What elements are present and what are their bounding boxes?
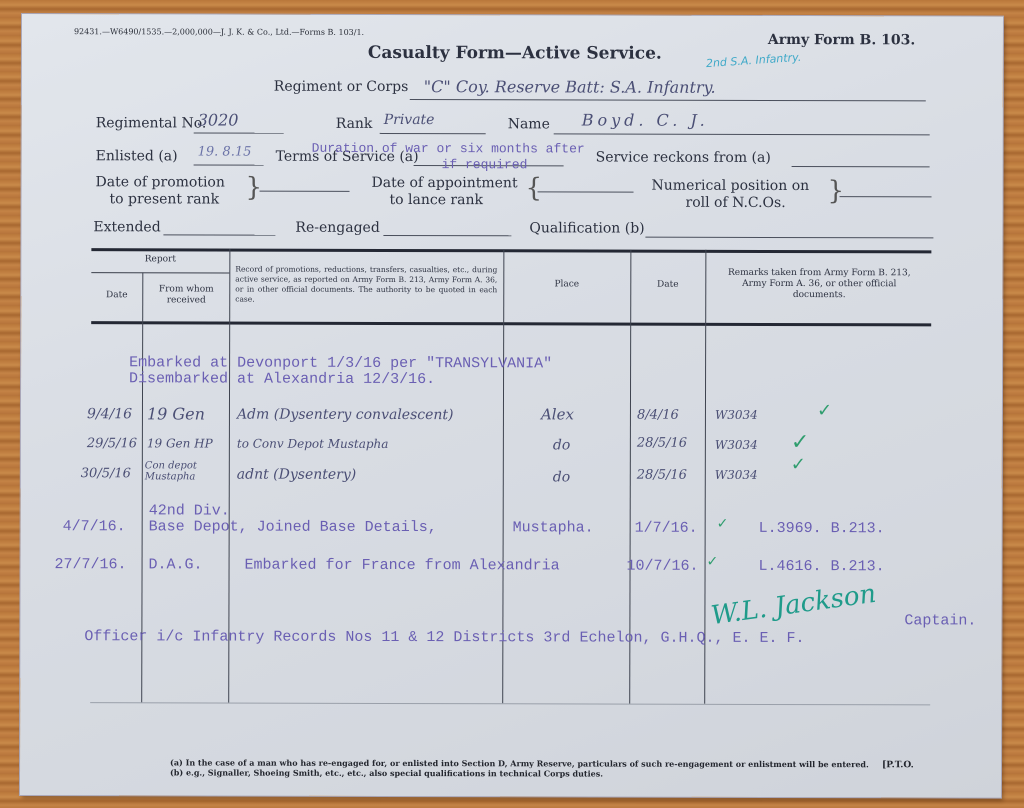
regimental-no-line: [194, 132, 284, 133]
qualification-label: Qualification (b): [529, 220, 644, 236]
row4-place: Mustapha.: [513, 519, 594, 536]
reckons-label: Service reckons from (a): [596, 150, 771, 166]
header-date2: Date: [630, 280, 705, 291]
header-date: Date: [91, 290, 142, 301]
terms-value-line1: Duration of war or six months after: [312, 141, 585, 157]
row4-remarks: L.3969. B.213.: [759, 520, 885, 537]
extended-label: Extended: [93, 219, 160, 235]
row5-date: 27/7/16.: [55, 556, 127, 573]
row5-from: D.A.G.: [149, 556, 203, 573]
promotion-line: [260, 191, 350, 192]
row5-record: Embarked for France from Alexandria: [245, 557, 560, 575]
table-header-rule: [91, 321, 931, 326]
row3-checkmark-icon: ✓: [791, 454, 806, 475]
table-top-rule: [91, 248, 931, 253]
form-title: Casualty Form—Active Service.: [368, 43, 662, 64]
row5-checkmark-icon: ✓: [707, 554, 719, 570]
row4-division: 42nd Div.: [149, 502, 230, 519]
disembarked-note: Disembarked at Alexandria 12/3/16.: [129, 370, 435, 388]
reengaged-line: [383, 235, 511, 236]
row1-remarks: W3034: [715, 408, 758, 422]
appointment-brace: {: [526, 173, 543, 203]
row3-remarks: W3034: [715, 468, 758, 482]
header-record: Record of promotions, reductions, transf…: [235, 265, 497, 306]
regimental-no-value: 3020: [198, 110, 239, 129]
row3-date: 30/5/16: [81, 466, 131, 481]
print-code: 92431.—W6490/1535.—2,000,000—J. J. K. & …: [74, 27, 364, 37]
name-label: Name: [508, 116, 550, 132]
row3-place: do: [553, 469, 570, 485]
row2-place: do: [553, 437, 570, 453]
regiment-line: [410, 99, 926, 101]
regiment-label: Regiment or Corps: [274, 79, 409, 95]
signature-title: Captain.: [904, 612, 976, 629]
row3-from: Con depot Mustapha: [145, 460, 225, 482]
row2-remarks: W3034: [715, 438, 758, 452]
officer-line: Officer i/c Infantry Records Nos 11 & 12…: [84, 628, 804, 647]
numerical-label-1: Numerical position on: [652, 178, 810, 194]
row1-from: 19 Gen: [147, 404, 205, 423]
appointment-label-2: to lance rank: [389, 192, 483, 208]
row5-remarks: L.4616. B.213.: [759, 558, 885, 575]
appointment-line: [538, 191, 634, 192]
reengaged-label: Re-engaged: [295, 220, 379, 236]
appointment-label-1: Date of appointment: [372, 175, 518, 191]
extended-line: [163, 234, 275, 235]
rank-label: Rank: [336, 116, 373, 132]
row1-record: Adm (Dysentery convalescent): [237, 407, 454, 424]
header-report: Report: [91, 254, 229, 265]
row3-date2: 28/5/16: [637, 468, 687, 483]
regimental-no-label: Regimental No.: [96, 115, 207, 131]
rank-value: Private: [384, 112, 435, 128]
enlisted-value: 19. 8.15: [198, 144, 252, 159]
promotion-label-1: Date of promotion: [96, 174, 225, 190]
rank-line: [380, 133, 486, 134]
regiment-value: "C" Coy. Reserve Batt: S.A. Infantry.: [424, 77, 716, 97]
name-value: Boyd. C. J.: [582, 110, 709, 129]
row2-date: 29/5/16: [87, 436, 137, 451]
row2-checkmark-icon: ✓: [791, 430, 810, 455]
row3-record: adnt (Dysentery): [237, 467, 357, 483]
casualty-form-paper: 92431.—W6490/1535.—2,000,000—J. J. K. & …: [20, 14, 1003, 798]
promotion-label-2: to present rank: [109, 191, 219, 207]
row4-date: 4/7/16.: [63, 518, 126, 535]
row4-record: Base Depot, Joined Base Details,: [149, 518, 437, 536]
report-sub-rule: [91, 272, 229, 273]
row1-date: 9/4/16: [87, 406, 132, 422]
terms-value-line2: if required: [442, 157, 528, 172]
row1-checkmark-icon: ✓: [817, 400, 832, 421]
promotion-brace: }: [246, 173, 263, 203]
officer-signature: W.L. Jackson: [709, 579, 878, 631]
numerical-line: [840, 196, 932, 197]
reckons-line: [792, 166, 930, 167]
numerical-label-2: roll of N.C.Os.: [685, 195, 785, 211]
table-bottom-rule: [90, 702, 930, 705]
footnote-b: (b) e.g., Signaller, Shoeing Smith, etc.…: [170, 767, 603, 778]
row2-record: to Conv Depot Mustapha: [237, 437, 389, 451]
unit-stamp: 2nd S.A. Infantry.: [706, 51, 802, 70]
row2-date2: 28/5/16: [637, 436, 687, 451]
name-line: [554, 133, 930, 135]
header-from-whom: From whom received: [145, 284, 227, 306]
qualification-line: [645, 237, 933, 239]
row1-place: Alex: [541, 405, 574, 423]
form-number: Army Form B. 103.: [768, 32, 915, 48]
enlisted-line: [194, 164, 264, 165]
row2-from: 19 Gen HP: [147, 436, 213, 450]
row4-date2: 1/7/16.: [635, 520, 698, 537]
header-remarks: Remarks taken from Army Form B. 213, Arm…: [715, 268, 923, 302]
pto-note: [P.T.O.: [882, 760, 914, 770]
enlisted-label: Enlisted (a): [96, 148, 178, 164]
header-place: Place: [503, 279, 630, 290]
numerical-brace: }: [827, 176, 844, 206]
row1-date2: 8/4/16: [637, 408, 679, 423]
row5-date2: 10/7/16.: [627, 558, 699, 575]
row4-checkmark-icon: ✓: [717, 516, 729, 532]
